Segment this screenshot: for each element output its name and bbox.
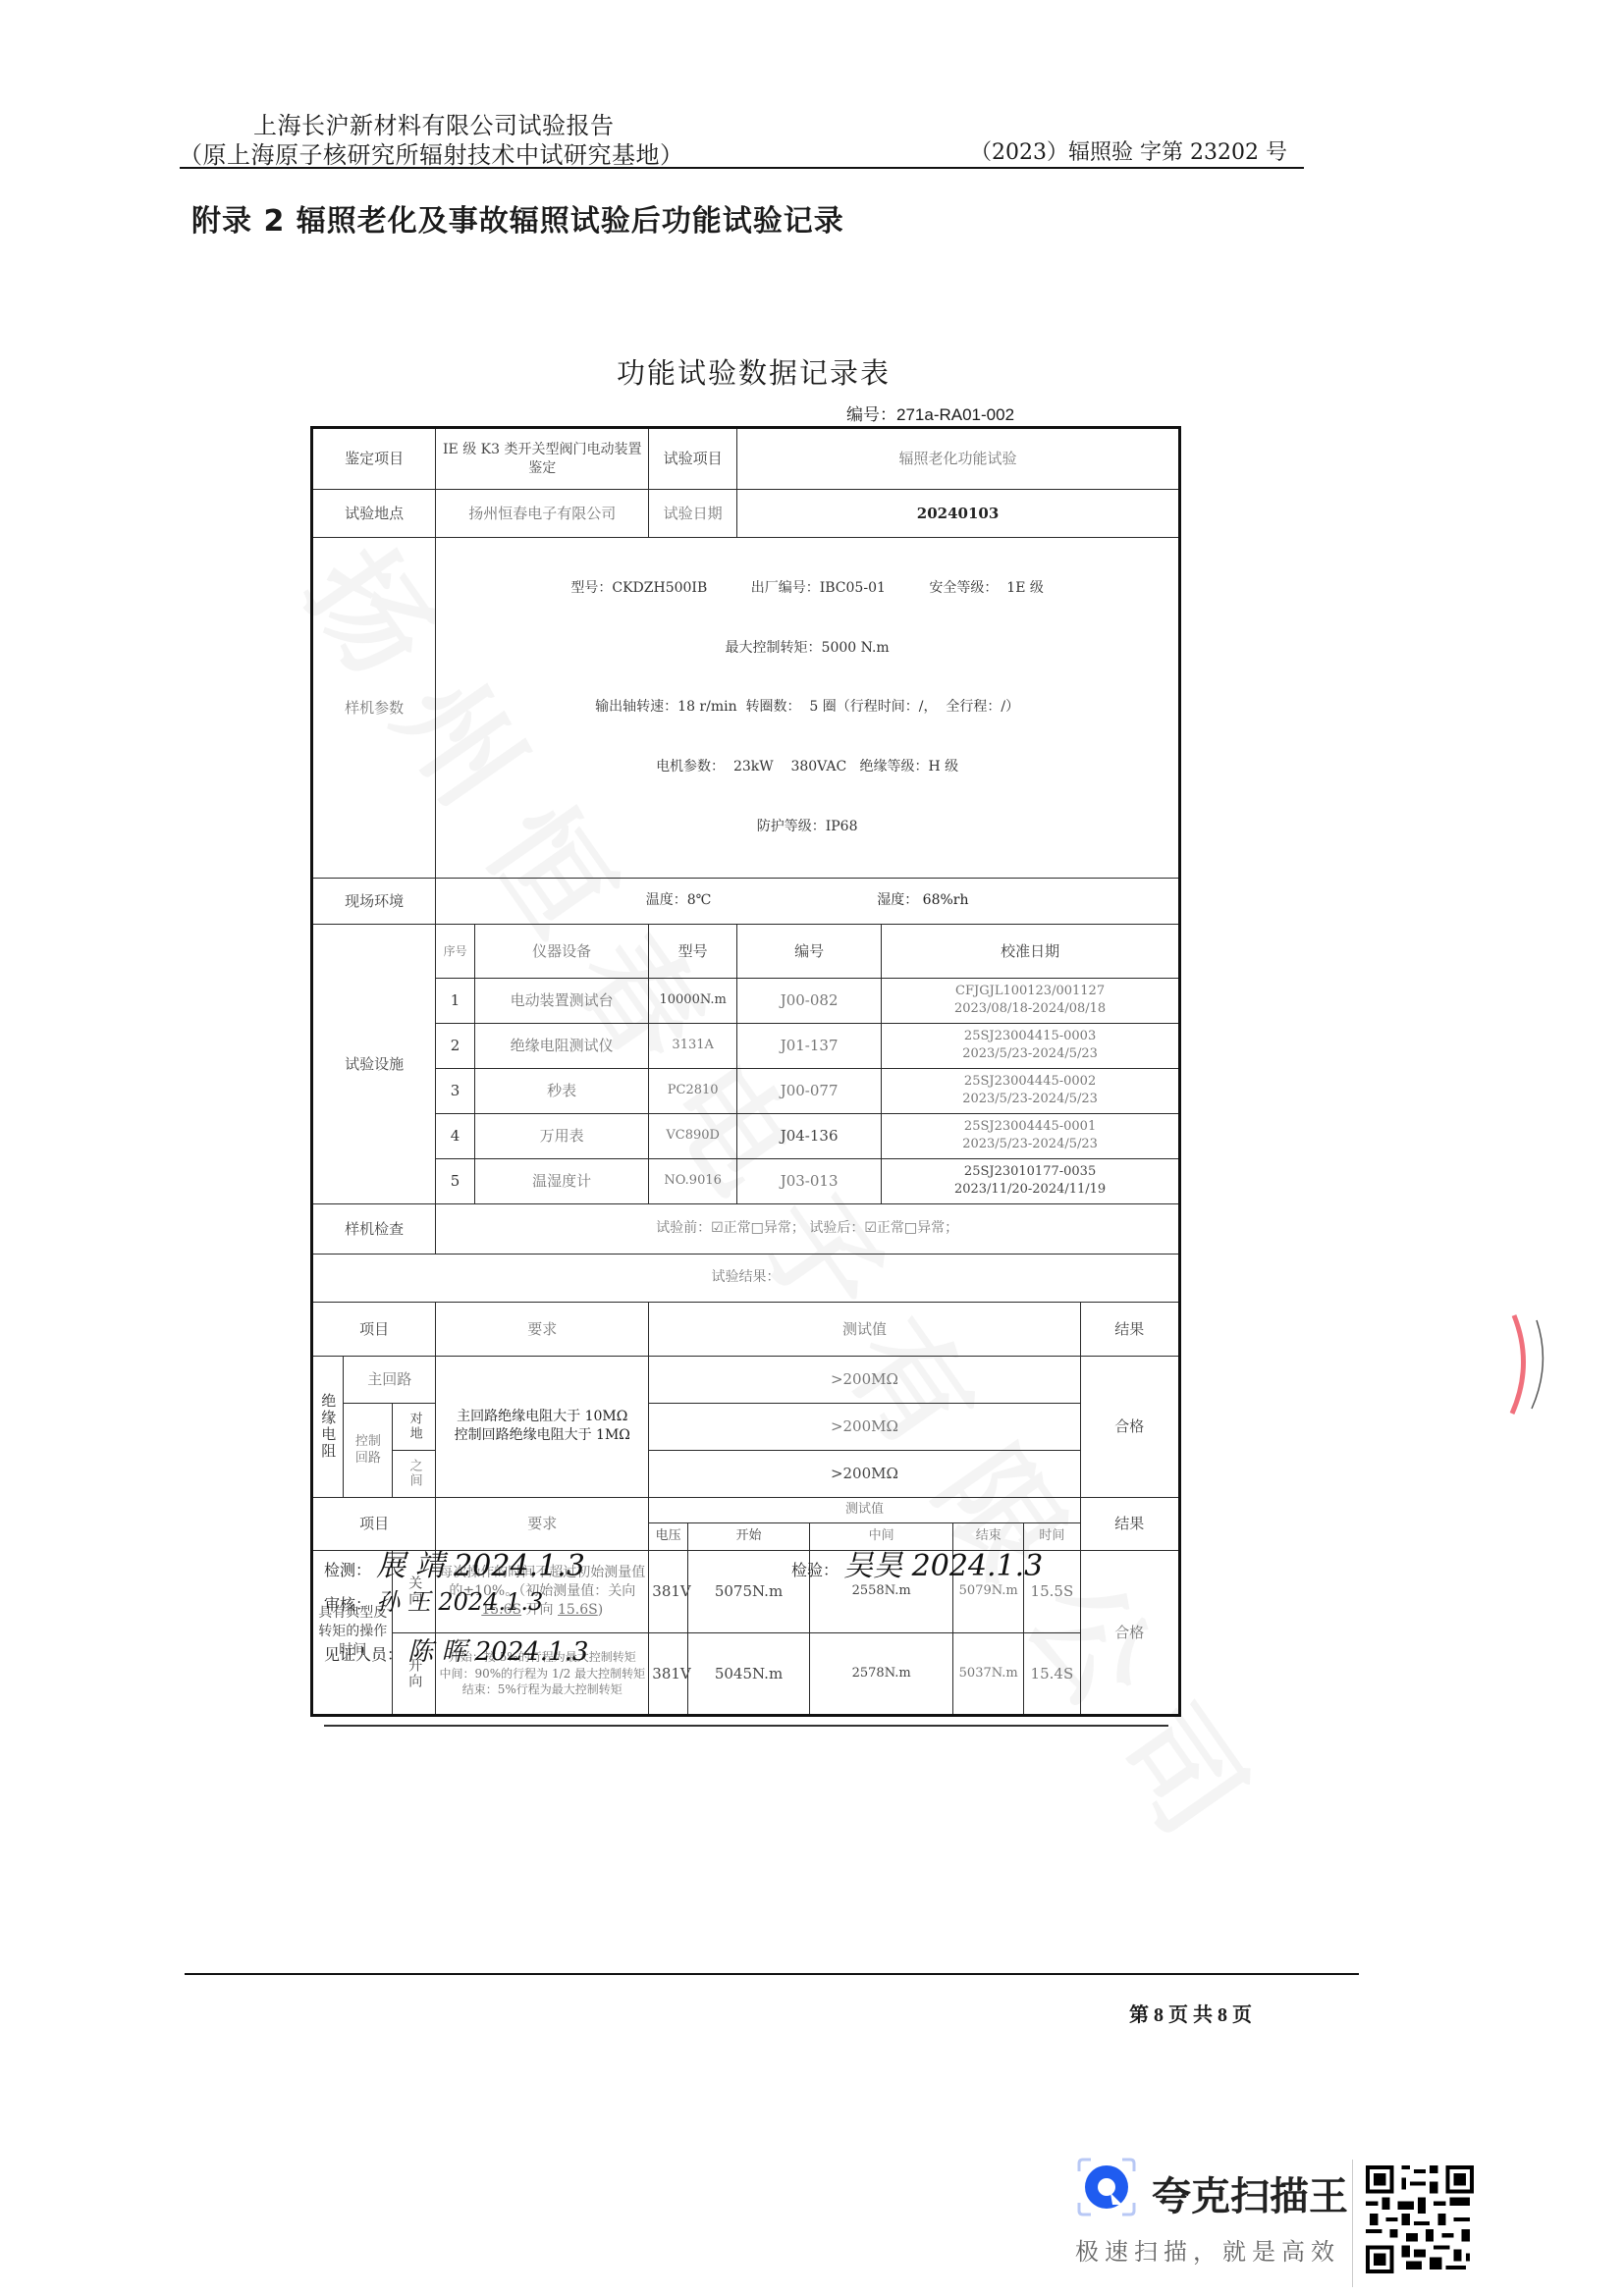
req-line: 主回路绝缘电阻大于 10MΩ (439, 1408, 645, 1426)
equipment-header-model: 型号 (649, 924, 737, 978)
insulation-value: >200MΩ (649, 1403, 1080, 1450)
brand-tagline: 极速扫描，就是高效 (1075, 2232, 1340, 2267)
report-number: （2023）辐照验 字第 23202 号 (970, 135, 1287, 166)
insulation-value: >200MΩ (649, 1356, 1080, 1403)
tester-handwriting: 展 靖 2024.1.3 (376, 1549, 585, 1583)
test-result-label: 试验结果： (312, 1254, 1180, 1302)
witness-label: 见证人员： (324, 1645, 403, 1664)
equipment-name: 温湿度计 (474, 1158, 648, 1203)
to-ground-label: 对地 (393, 1403, 436, 1450)
main-circuit-label: 主回路 (344, 1356, 436, 1403)
sample-check-label: 样机检查 (312, 1203, 436, 1254)
test-site-label: 试验地点 (312, 490, 436, 538)
test-date-value: 20240103 (737, 490, 1180, 538)
table-row: 试验地点 扬州恒春电子有限公司 试验日期 20240103 (312, 490, 1180, 538)
between-label: 之间 (393, 1450, 436, 1497)
control-circuit-text: 控制回路 (354, 1433, 383, 1468)
equipment-calib: 25SJ23004445-00022023/5/23-2024/5/23 (882, 1068, 1180, 1113)
insulation-value: >200MΩ (649, 1450, 1080, 1497)
table-row: 绝缘电阻 主回路 主回路绝缘电阻大于 10MΩ控制回路绝缘电阻大于 1MΩ >2… (312, 1356, 1180, 1403)
equipment-model: NO.9016 (649, 1158, 737, 1203)
witness-handwriting: 陈 晖 2024.1.3 (407, 1637, 588, 1667)
tester-signature: 检测： 展 靖 2024.1.3 (324, 1541, 585, 1584)
test-item-label: 试验项目 (649, 428, 737, 490)
table-title: 功能试验数据记录表 (617, 351, 891, 392)
appendix-title: 附录 2 辐照老化及事故辐照试验后功能试验记录 (191, 196, 844, 240)
page-number: 第 8 页 共 8 页 (1129, 1999, 1252, 2027)
table-row: 3 秒表 PC2810 J00-077 25SJ23004445-0002202… (312, 1068, 1180, 1113)
report-former-name: （原上海原子核研究所辐射技术中试研究基地） (179, 135, 684, 170)
test-date-label: 试验日期 (649, 490, 737, 538)
equipment-model: 10000N.m (649, 978, 737, 1023)
equipment-id: J00-077 (737, 1068, 882, 1113)
stamp-edge-icon (1502, 1310, 1561, 1418)
table-row: 试验设施 序号 仪器设备 型号 编号 校准日期 (312, 924, 1180, 978)
param-line: 最大控制转矩：5000 N.m (439, 637, 1175, 660)
temperature: 温度：8℃ (646, 892, 712, 908)
equipment-name: 秒表 (474, 1068, 648, 1113)
table-row: 样机参数 型号：CKDZH500IB 出厂编号：IBC05-01 安全等级： 1… (312, 538, 1180, 879)
footer-divider (185, 1973, 1359, 1975)
calib-period: 2023/5/23-2024/5/23 (885, 1045, 1175, 1063)
insulation-group-text: 绝缘电阻 (318, 1393, 338, 1460)
equipment-calib: 25SJ23010177-00352023/11/20-2024/11/19 (882, 1158, 1180, 1203)
table-row: 2 绝缘电阻测试仪 3131A J01-137 25SJ23004415-000… (312, 1023, 1180, 1068)
quark-logo-icon (1075, 2156, 1138, 2218)
sample-params: 型号：CKDZH500IB 出厂编号：IBC05-01 安全等级： 1E 级 最… (436, 538, 1180, 879)
to-ground-text: 对地 (406, 1412, 423, 1441)
equipment-name: 绝缘电阻测试仪 (474, 1023, 648, 1068)
open-req-line: 中间：90%的行程为 1/2 最大控制转矩 (439, 1666, 645, 1682)
humidity: 湿度： 68%rh (877, 892, 968, 908)
test-site-value: 扬州恒春电子有限公司 (436, 490, 649, 538)
equipment-model: PC2810 (649, 1068, 737, 1113)
equipment-model: 3131A (649, 1023, 737, 1068)
equipment-no: 2 (436, 1023, 475, 1068)
close-voltage: 381V (649, 1550, 688, 1632)
calib-period: 2023/08/18-2024/08/18 (885, 1000, 1175, 1018)
req-line: 控制回路绝缘电阻大于 1MΩ (439, 1426, 645, 1445)
insulation-requirement: 主回路绝缘电阻大于 10MΩ控制回路绝缘电阻大于 1MΩ (436, 1356, 649, 1497)
open-middle-torque: 2578N.m (810, 1632, 953, 1715)
param-line: 输出轴转速：18 r/min 转圈数： 5 圈（行程时间：/， 全行程：/） (439, 696, 1175, 719)
identification-item-label: 鉴定项目 (312, 428, 436, 490)
calib-period: 2023/5/23-2024/5/23 (885, 1091, 1175, 1108)
calib-cert: 25SJ23004415-0003 (885, 1028, 1175, 1045)
function-test-record-table: 鉴定项目 IE 级 K3 类开关型阀门电动装置鉴定 试验项目 辐照老化功能试验 … (310, 426, 1181, 1717)
insulation-result: 合格 (1080, 1356, 1179, 1497)
open-voltage: 381V (649, 1632, 688, 1715)
open-time: 15.4S (1024, 1632, 1080, 1715)
insulation-header-item: 项目 (312, 1302, 436, 1356)
equipment-name: 电动装置测试台 (474, 978, 648, 1023)
calib-period: 2023/11/20-2024/11/19 (885, 1181, 1175, 1199)
operation-result: 合格 (1080, 1550, 1179, 1715)
insulation-header-req: 要求 (436, 1302, 649, 1356)
calib-period: 2023/5/23-2024/5/23 (885, 1136, 1175, 1153)
operation-header-value: 测试值 (649, 1497, 1080, 1522)
open-start-torque: 5045N.m (687, 1632, 809, 1715)
identification-item-value: IE 级 K3 类开关型阀门电动装置鉴定 (436, 428, 649, 490)
equipment-no: 4 (436, 1113, 475, 1158)
param-line: 型号：CKDZH500IB 出厂编号：IBC05-01 安全等级： 1E 级 (439, 577, 1175, 600)
brand-separator (1352, 2160, 1353, 2287)
equipment-no: 5 (436, 1158, 475, 1203)
inspector-handwriting: 吴昊 2024.1.3 (843, 1549, 1043, 1583)
param-line: 防护等级：IP68 (439, 816, 1175, 838)
qr-code-icon[interactable] (1362, 2162, 1478, 2277)
inspector-signature: 检验： 吴昊 2024.1.3 (791, 1541, 1043, 1584)
insulation-header-result: 结果 (1080, 1302, 1179, 1356)
sample-params-label: 样机参数 (312, 538, 436, 879)
header-divider (180, 167, 1304, 169)
equipment-calib: 25SJ23004445-00012023/5/23-2024/5/23 (882, 1113, 1180, 1158)
control-circuit-label: 控制回路 (344, 1403, 393, 1497)
table-row: 1 电动装置测试台 10000N.m J00-082 CFJGJL100123/… (312, 978, 1180, 1023)
between-text: 之间 (406, 1459, 423, 1488)
inspector-label: 检验： (791, 1561, 839, 1579)
equipment-id: J03-013 (737, 1158, 882, 1203)
sample-check-value: 试验前：☑正常□异常； 试验后：☑正常□异常； (436, 1203, 1180, 1254)
table-row: 试验结果： (312, 1254, 1180, 1302)
equipment-header-id: 编号 (737, 924, 882, 978)
table-row: 5 温湿度计 NO.9016 J03-013 25SJ23010177-0035… (312, 1158, 1180, 1203)
open-req-line: 结束：5%行程为最大控制转矩 (439, 1682, 645, 1697)
insulation-group-label: 绝缘电阻 (312, 1356, 344, 1497)
equipment-model: VC890D (649, 1113, 737, 1158)
equipment-calib: CFJGJL100123/0011272023/08/18-2024/08/18 (882, 978, 1180, 1023)
param-line: 电机参数： 23kW 380VAC 绝缘等级：H 级 (439, 756, 1175, 778)
initial-open-value: 15.6S (558, 1602, 598, 1618)
test-item-value: 辐照老化功能试验 (737, 428, 1180, 490)
tester-label: 检测： (324, 1561, 371, 1579)
insulation-header-value: 测试值 (649, 1302, 1080, 1356)
environment-label: 现场环境 (312, 878, 436, 924)
reviewer-handwriting: 孙 王 2024.1.3 (376, 1588, 543, 1616)
equipment-id: J00-082 (737, 978, 882, 1023)
calib-cert: CFJGJL100123/001127 (885, 983, 1175, 1000)
equipment-header-no: 序号 (436, 924, 475, 978)
table-row: 现场环境 温度：8℃ 湿度： 68%rh (312, 878, 1180, 924)
table-row: 4 万用表 VC890D J04-136 25SJ23004445-000120… (312, 1113, 1180, 1158)
signature-divider (324, 1725, 1168, 1727)
sub-header-voltage: 电压 (649, 1522, 688, 1550)
equipment-name: 万用表 (474, 1113, 648, 1158)
table-row: 样机检查 试验前：☑正常□异常； 试验后：☑正常□异常； (312, 1203, 1180, 1254)
witness-signature: 见证人员： 陈 晖 2024.1.3 (324, 1631, 588, 1668)
operation-header-result: 结果 (1080, 1497, 1179, 1550)
table-row: 鉴定项目 IE 级 K3 类开关型阀门电动装置鉴定 试验项目 辐照老化功能试验 (312, 428, 1180, 490)
brand-name: 夸克扫描王 (1152, 2165, 1348, 2221)
open-end-torque: 5037N.m (953, 1632, 1024, 1715)
reviewer-signature: 审核： 孙 王 2024.1.3 (324, 1582, 543, 1617)
table-row: 项目 要求 测试值 结果 (312, 1302, 1180, 1356)
calib-cert: 25SJ23004445-0001 (885, 1118, 1175, 1136)
environment-values: 温度：8℃ 湿度： 68%rh (436, 878, 1180, 924)
table-row: 项目 要求 测试值 结果 (312, 1497, 1180, 1522)
equipment-label: 试验设施 (312, 924, 436, 1203)
equipment-calib: 25SJ23004415-00032023/5/23-2024/5/23 (882, 1023, 1180, 1068)
equipment-no: 3 (436, 1068, 475, 1113)
equipment-header-calib: 校准日期 (882, 924, 1180, 978)
equipment-id: J01-137 (737, 1023, 882, 1068)
equipment-header-name: 仪器设备 (474, 924, 648, 978)
calib-cert: 25SJ23004445-0002 (885, 1073, 1175, 1091)
equipment-id: J04-136 (737, 1113, 882, 1158)
calib-cert: 25SJ23010177-0035 (885, 1163, 1175, 1181)
equipment-no: 1 (436, 978, 475, 1023)
reviewer-label: 审核： (324, 1595, 371, 1614)
document-number: 编号：271a-RA01-002 (846, 400, 1014, 425)
